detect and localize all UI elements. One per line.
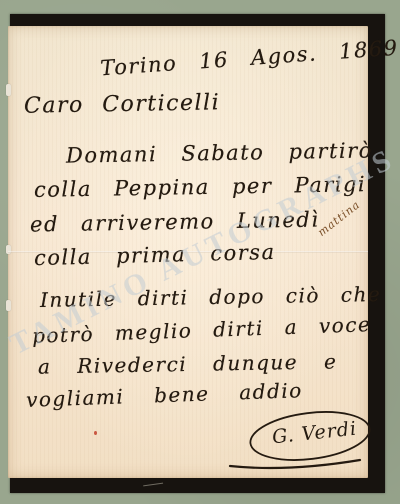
letter-paper: Torino 16 Agos. 1869 Caro Corticelli Dom… [8, 26, 368, 478]
dateline: Torino 16 Agos. 1869 [100, 36, 400, 81]
body-line: Domani Sabato partirò [66, 138, 373, 167]
body-line: colla prima corsa [34, 240, 276, 270]
body-line: ed arriveremo Lunedì [30, 207, 320, 236]
scanned-letter-photo: { "scan": { "watermark_text": "TAMINO AU… [0, 0, 400, 504]
signature-block: G. Verdi [228, 402, 376, 480]
salutation-line: Caro Corticelli [24, 90, 221, 118]
red-ink-speck [94, 431, 97, 435]
paper-edge-chip [6, 84, 11, 96]
body-line: potrò meglio dirti a voce [32, 312, 372, 348]
body-line: a Rivederci dunque e [38, 349, 338, 378]
body-line: Inutile dirti dopo ciò che [40, 282, 382, 312]
margin-note-mattina: mattina [315, 198, 362, 239]
paper-edge-chip [6, 300, 11, 311]
body-line: colla Peppina per Parigi [34, 172, 367, 202]
